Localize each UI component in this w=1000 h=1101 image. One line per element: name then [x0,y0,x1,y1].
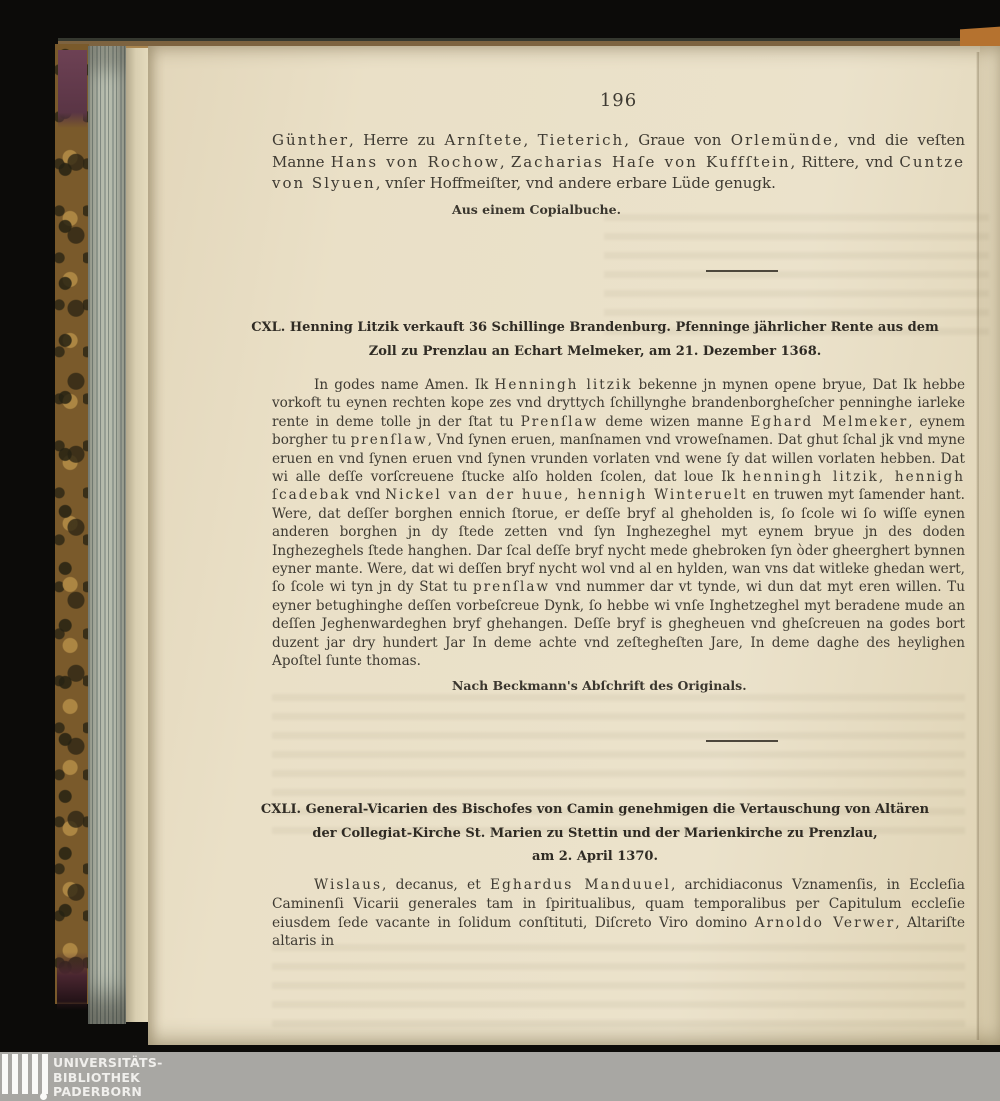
marbled-cover-edge [55,44,89,1004]
library-name-line: UNIVERSITÄTS- [53,1056,163,1071]
paragraph-continuation: Günther, Herre zu Arnſtete, Tieterich, G… [272,130,965,195]
library-name: UNIVERSITÄTS- BIBLIOTHEK PADERBORN [53,1056,163,1100]
gutter-shading [980,46,1000,1045]
source-note-copialbuche: Aus einem Copialbuche. [452,202,621,217]
page-edge-cream [126,48,148,1022]
scanned-page: 196 Günther, Herre zu Arnſtete, Tieteric… [148,46,1000,1045]
section-divider-rule [706,740,778,742]
document-cxl-heading: CXL. Henning Litzik verkauft 36 Schillin… [225,316,965,364]
bleed-through [272,944,965,1034]
source-note-beckmann: Nach Beckmann's Abſchrift des Originals. [452,678,747,693]
page-crease-line [976,52,980,1040]
library-name-line: PADERBORN [53,1085,163,1100]
page-number: 196 [272,90,965,111]
book-scan-viewport: 196 Günther, Herre zu Arnſtete, Tieteric… [0,0,1000,1101]
document-cxl-body: In godes name Amen. Ik Henningh litzik b… [272,376,965,671]
library-name-line: BIBLIOTHEK [53,1071,163,1086]
library-footer-bar: UNIVERSITÄTS- BIBLIOTHEK PADERBORN [0,1052,1000,1101]
library-logo-bars-icon [2,1054,48,1094]
stacked-page-edges [88,46,126,1024]
cover-bottom-shadow [57,952,87,1010]
document-cxli-heading: CXLI. General-Vicarien des Bischofes von… [225,798,965,869]
document-cxli-body: Wislaus, decanus, et Eghardus Manduuel, … [272,876,965,951]
cover-purple-patch [58,50,87,128]
library-logo-dot-icon [40,1093,47,1100]
section-divider-rule [706,270,778,272]
